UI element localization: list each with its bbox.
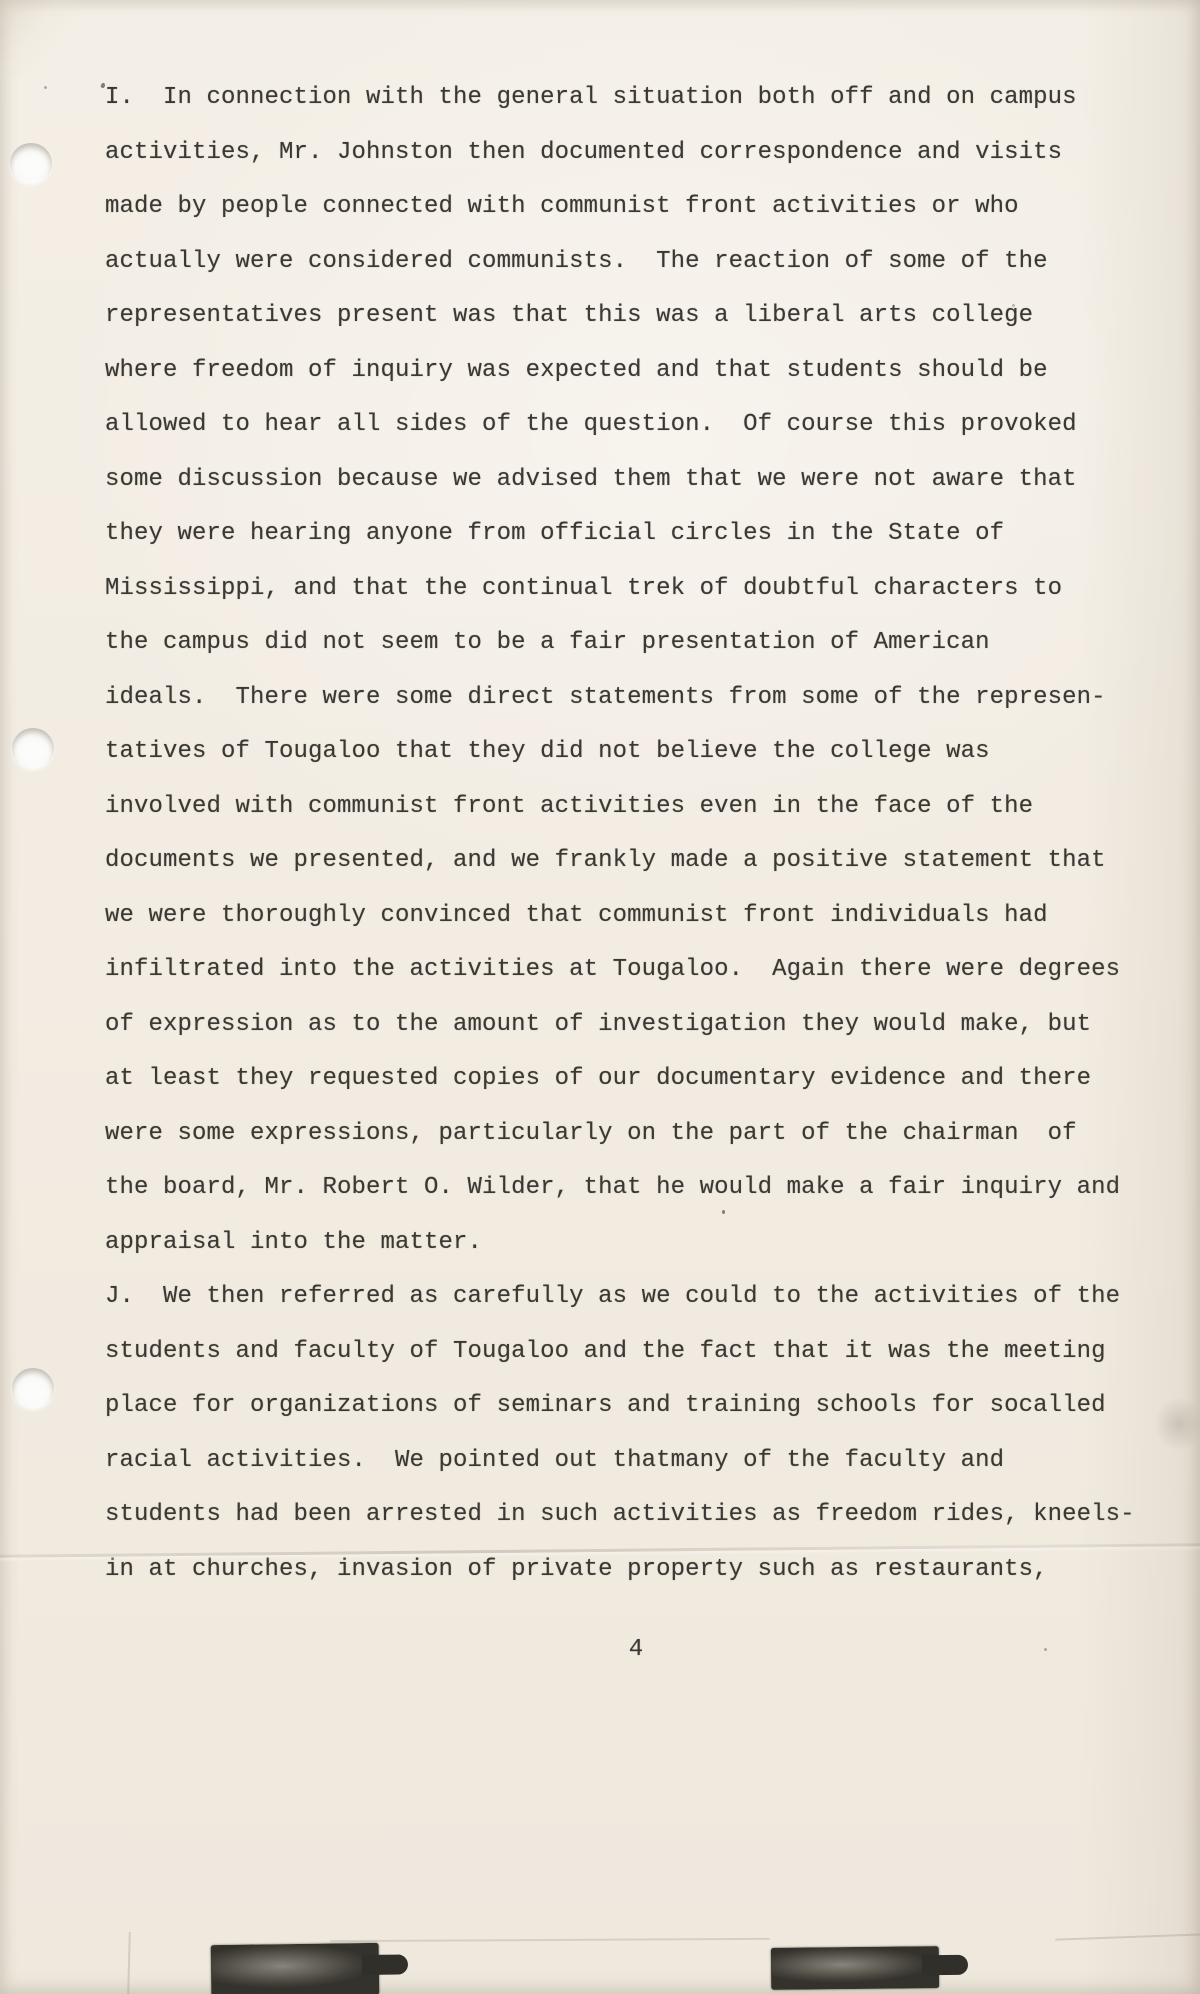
paper-crease-bottom-right [1055, 1933, 1200, 1940]
ink-smudge [1155, 1398, 1200, 1450]
typed-line: documents we presented, and we frankly m… [105, 834, 1175, 889]
typed-line: appraisal into the matter. [105, 1216, 1175, 1271]
corner-fold [0, 0, 90, 78]
redaction-mark-left [211, 1943, 380, 1994]
typed-line: tatives of Tougaloo that they did not be… [105, 725, 1175, 780]
typed-line: some discussion because we advised them … [105, 453, 1175, 508]
paper-crease-bottom-left [330, 1938, 770, 1942]
ink-speck [722, 1210, 725, 1214]
typed-line: the board, Mr. Robert O. Wilder, that he… [105, 1161, 1175, 1216]
document-page: I. In connection with the general situat… [0, 0, 1200, 1994]
typed-line: the campus did not seem to be a fair pre… [105, 616, 1175, 671]
typed-line: allowed to hear all sides of the questio… [105, 398, 1175, 453]
typed-line: they were hearing anyone from official c… [105, 507, 1175, 562]
ink-speck [1044, 1648, 1047, 1651]
typed-line: we were thoroughly convinced that commun… [105, 889, 1175, 944]
typed-line: where freedom of inquiry was expected an… [105, 344, 1175, 399]
typed-line: racial activities. We pointed out thatma… [105, 1434, 1175, 1489]
typed-line: actually were considered communists. The… [105, 235, 1175, 290]
typed-line: students and faculty of Tougaloo and the… [105, 1325, 1175, 1380]
typed-line: students had been arrested in such activ… [105, 1488, 1175, 1543]
typed-line: J. We then referred as carefully as we c… [105, 1270, 1175, 1325]
hole-punch-bottom [12, 1368, 54, 1409]
hole-punch-top [10, 143, 52, 184]
typed-line: at least they requested copies of our do… [105, 1052, 1175, 1107]
typed-line: made by people connected with communist … [105, 180, 1175, 235]
typed-line: representatives present was that this wa… [105, 289, 1175, 344]
typed-line: I. In connection with the general situat… [105, 71, 1175, 126]
page-number: 4 [105, 1636, 1167, 1663]
typed-line: activities, Mr. Johnston then documented… [105, 126, 1175, 181]
typed-line: were some expressions, particularly on t… [105, 1107, 1175, 1162]
hole-punch-middle [12, 728, 54, 769]
ink-speck [44, 86, 47, 89]
typed-line: ideals. There were some direct statement… [105, 671, 1175, 726]
redaction-mark-right [771, 1946, 939, 1990]
typed-line: involved with communist front activities… [105, 780, 1175, 835]
typed-line: place for organizations of seminars and … [105, 1379, 1175, 1434]
typed-line: infiltrated into the activities at Touga… [105, 943, 1175, 998]
typed-text: I. In connection with the general situat… [105, 71, 1175, 1597]
paper-fold-bottom-left [127, 1932, 131, 1994]
ink-speck [1012, 304, 1015, 307]
typed-line: Mississippi, and that the continual trek… [105, 562, 1175, 617]
typed-line: of expression as to the amount of invest… [105, 998, 1175, 1053]
